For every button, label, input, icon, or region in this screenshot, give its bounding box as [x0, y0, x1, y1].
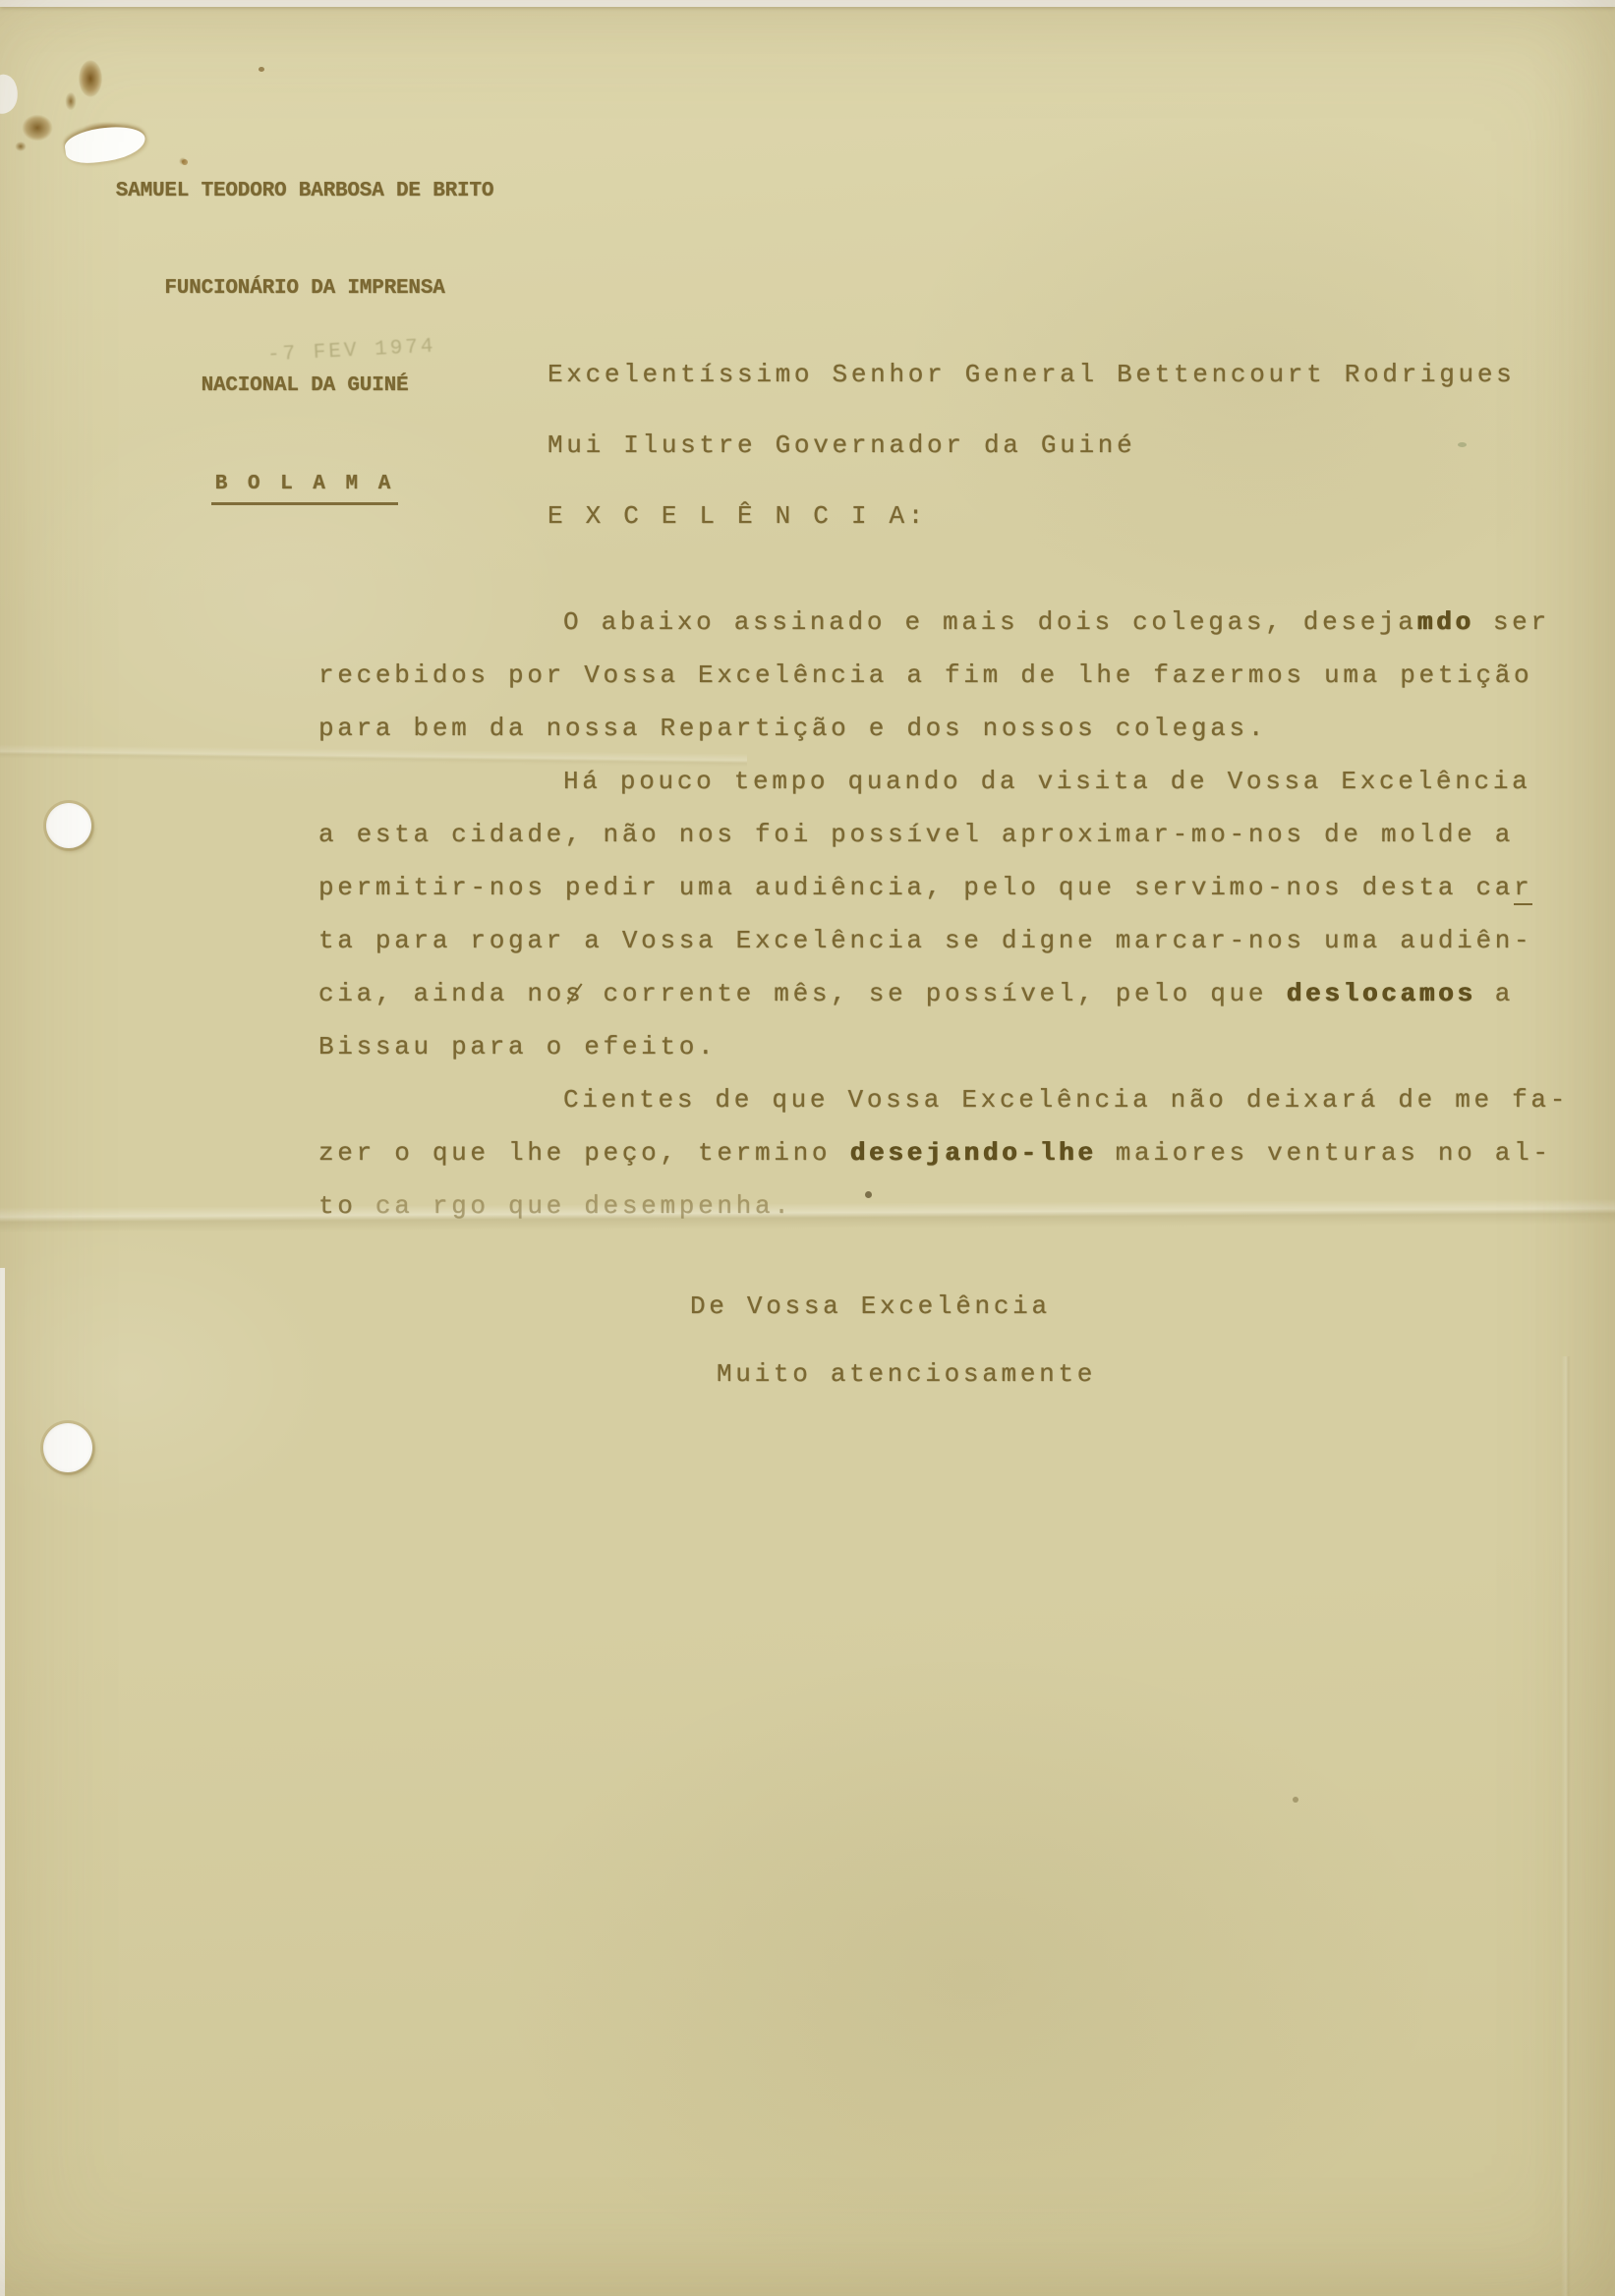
paper-speck	[1458, 442, 1467, 447]
letter-segment-u: r	[1514, 873, 1532, 905]
addressee-line1: Excelentíssimo Senhor General Bettencour…	[548, 360, 1515, 389]
paper-tear-edge	[0, 73, 21, 116]
letter-segment: zer o que lhe peço, termino	[318, 1138, 849, 1168]
sender-block: SAMUEL TEODORO BARBOSA DE BRITO FUNCIONÁ…	[93, 110, 516, 570]
closing-line1: De Vossa Excelência	[690, 1291, 1051, 1321]
letter-line: Cientes de que Vossa Excelência não deix…	[318, 1085, 1586, 1138]
letter-segment: ser	[1474, 607, 1550, 637]
scan-edge-left	[0, 1268, 5, 2296]
letter-segment: Há pouco tempo quando da visita de Vossa…	[563, 767, 1530, 796]
letter-body: O abaixo assinado e mais dois colegas, d…	[318, 607, 1586, 1244]
salutation: E X C E L Ê N C I A:	[548, 501, 927, 531]
letter-segment: Bissau para o efeito.	[318, 1032, 717, 1062]
letter-line: a esta cidade, não nos foi possível apro…	[318, 820, 1586, 873]
letter-line: Bissau para o efeito.	[318, 1032, 1586, 1085]
letter-segment: a esta cidade, não nos foi possível apro…	[318, 820, 1514, 849]
letter-line: ta para rogar a Vossa Excelência se dign…	[318, 926, 1586, 979]
letter-segment-f: ca rgo que desempenha.	[375, 1191, 793, 1221]
letter-segment-st: s	[565, 979, 584, 1008]
letter-segment: maiores venturas no al-	[1096, 1138, 1551, 1168]
letter-segment: para bem da nossa Repartição e dos nosso…	[318, 714, 1267, 743]
letter-segment: Cientes de que Vossa Excelência não deix…	[563, 1085, 1569, 1115]
letter-line: para bem da nossa Repartição e dos nosso…	[318, 714, 1586, 767]
letter-segment: cia, ainda no	[318, 979, 565, 1008]
letter-segment-b: desejando-lhe	[849, 1138, 1096, 1168]
letter-line: Há pouco tempo quando da visita de Vossa…	[318, 767, 1586, 820]
letter-segment: ta para rogar a Vossa Excelência se dign…	[318, 926, 1532, 955]
letter-segment: to	[318, 1191, 375, 1221]
sender-city-label: B O L A M A	[211, 468, 399, 505]
letter-line: permitir-nos pedir uma audiência, pelo q…	[318, 873, 1586, 926]
letter-segment-b: mdo	[1417, 607, 1474, 637]
scan-edge-top	[0, 0, 1615, 7]
letter-line: to ca rgo que desempenha.	[318, 1191, 1586, 1244]
punch-hole-bottom	[43, 1423, 92, 1472]
letter-segment: permitir-nos pedir uma audiência, pelo q…	[318, 873, 1514, 902]
letter-segment: O abaixo assinado e mais dois colegas, d…	[563, 607, 1417, 637]
letter-line: recebidos por Vossa Excelência a fim de …	[318, 660, 1586, 714]
punch-hole-top	[46, 803, 91, 848]
fold-crease-right	[1561, 1356, 1571, 2296]
scanned-letter-page: SAMUEL TEODORO BARBOSA DE BRITO FUNCIONÁ…	[0, 0, 1615, 2296]
letter-segment: a	[1475, 979, 1514, 1008]
letter-line: cia, ainda nos corrente mês, se possível…	[318, 979, 1586, 1032]
letter-line: zer o que lhe peço, termino desejando-lh…	[318, 1138, 1586, 1191]
letter-segment: corrente mês, se possível, pelo que	[584, 979, 1286, 1008]
sender-role: FUNCIONÁRIO DA IMPRENSA	[93, 272, 516, 305]
sender-city: B O L A M A	[93, 467, 516, 505]
addressee-line2: Mui Ilustre Governador da Guiné	[548, 430, 1135, 460]
sender-org: NACIONAL DA GUINÉ	[93, 370, 516, 402]
paper-speck	[259, 67, 264, 72]
paper-speck	[1293, 1797, 1298, 1803]
letter-segment-b: deslocamos	[1286, 979, 1475, 1008]
sender-name: SAMUEL TEODORO BARBOSA DE BRITO	[93, 175, 516, 207]
closing-line2: Muito atenciosamente	[717, 1359, 1096, 1389]
letter-segment: recebidos por Vossa Excelência a fim de …	[318, 660, 1532, 690]
letter-line: O abaixo assinado e mais dois colegas, d…	[318, 607, 1586, 660]
